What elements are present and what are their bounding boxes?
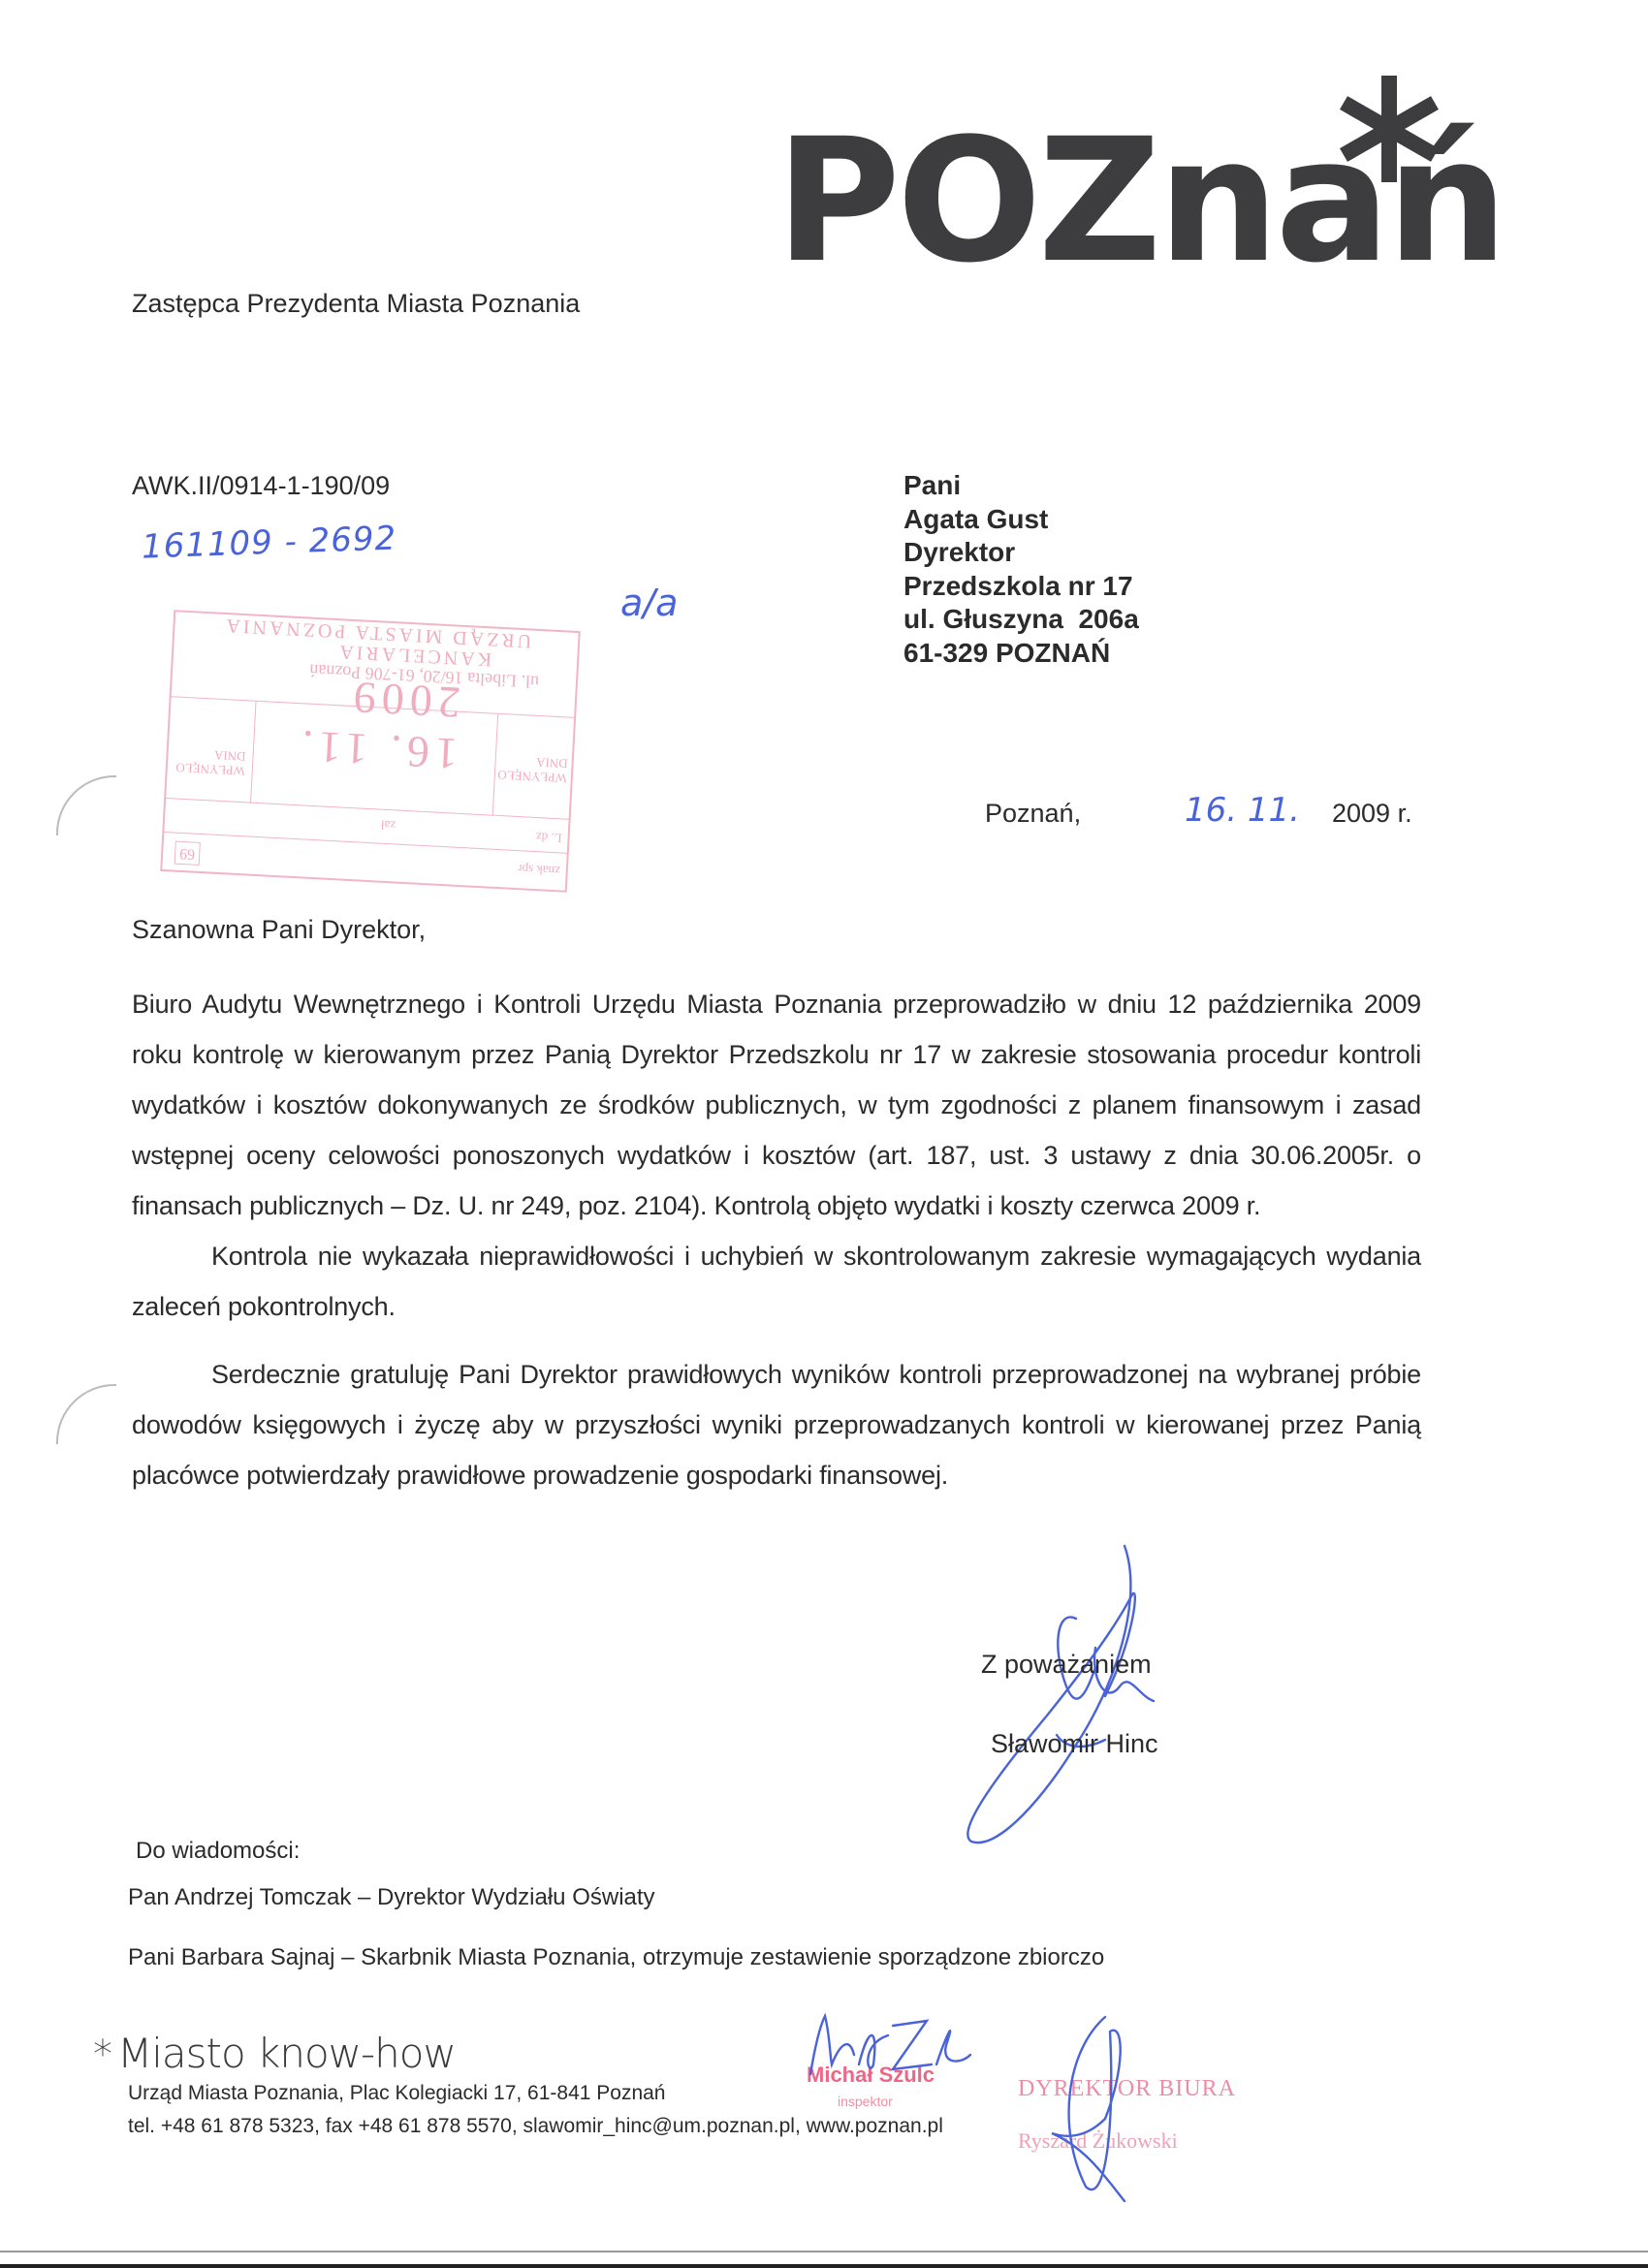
stamp-field: L. dz	[535, 830, 561, 845]
paragraph: Biuro Audytu Wewnętrznego i Kontroli Urz…	[132, 979, 1421, 1231]
signer-name: Sławomir Hinc	[991, 1729, 1158, 1759]
letter-body: Biuro Audytu Wewnętrznego i Kontroli Urz…	[132, 979, 1421, 1500]
approval-stamp-subtitle: inspektor	[838, 2094, 893, 2109]
recipient-line: Pani	[903, 469, 1139, 503]
paragraph: Kontrola nie wykazała nieprawidłowości i…	[132, 1231, 1421, 1332]
slogan-text: Miasto know-how	[117, 2030, 456, 2077]
stamp-field: zał	[380, 818, 396, 834]
sender-title: Zastępca Prezydenta Miasta Poznania	[132, 289, 580, 319]
recipient-line: ul. Głuszyna 206a	[903, 603, 1139, 637]
paragraph: Serdecznie gratuluję Pani Dyrektor prawi…	[132, 1349, 1421, 1500]
handwritten-note: a/a	[620, 582, 678, 624]
footer-slogan: *Miasto know-how	[93, 2030, 456, 2077]
scan-edge-line	[0, 2251, 1648, 2252]
punch-hole-mark	[56, 1384, 116, 1444]
recipient-line: Agata Gust	[903, 503, 1139, 537]
cc-recipient: Pan Andrzej Tomczak – Dyrektor Wydziału …	[128, 1884, 655, 1911]
punch-hole-mark	[56, 775, 116, 835]
salutation: Szanowna Pani Dyrektor,	[132, 915, 426, 945]
initials-signature-icon	[801, 2006, 975, 2084]
year: 2009 r.	[1332, 799, 1412, 829]
place: Poznań,	[985, 799, 1081, 829]
scan-bottom-border	[0, 2264, 1648, 2268]
asterisk-icon: *	[93, 2032, 111, 2077]
recipient-address: Pani Agata Gust Dyrektor Przedszkola nr …	[903, 469, 1139, 670]
stamp-field: znak spr	[518, 862, 560, 878]
footer-address: Urząd Miasta Poznania, Plac Kolegiacki 1…	[128, 2082, 666, 2105]
received-stamp: L. dz znak spr zał WPŁYNĘŁO DNIA WPŁYNĘŁ…	[160, 610, 581, 893]
recipient-line: Przedszkola nr 17	[903, 570, 1139, 604]
footer-contact: tel. +48 61 878 5323, fax +48 61 878 557…	[128, 2115, 943, 2138]
case-number: AWK.II/0914-1-190/09	[132, 471, 390, 501]
director-signature-icon	[1047, 2012, 1154, 2206]
recipient-line: Dyrektor	[903, 536, 1139, 570]
signature-icon	[960, 1541, 1192, 1861]
cc-heading: Do wiadomości:	[136, 1838, 300, 1865]
cc-recipient: Pani Barbara Sajnaj – Skarbnik Miasta Po…	[128, 1944, 1104, 1971]
stamp-number: 69	[174, 841, 201, 866]
asterisk-logo-icon	[1336, 76, 1442, 182]
handwritten-registration-number: 161109 - 2692	[141, 519, 396, 566]
handwritten-date: 16. 11.	[1185, 791, 1300, 830]
recipient-line: 61-329 POZNAŃ	[903, 637, 1139, 671]
stamp-label: WPŁYNĘŁO DNIA	[499, 753, 568, 786]
closing: Z poważaniem	[981, 1650, 1152, 1680]
